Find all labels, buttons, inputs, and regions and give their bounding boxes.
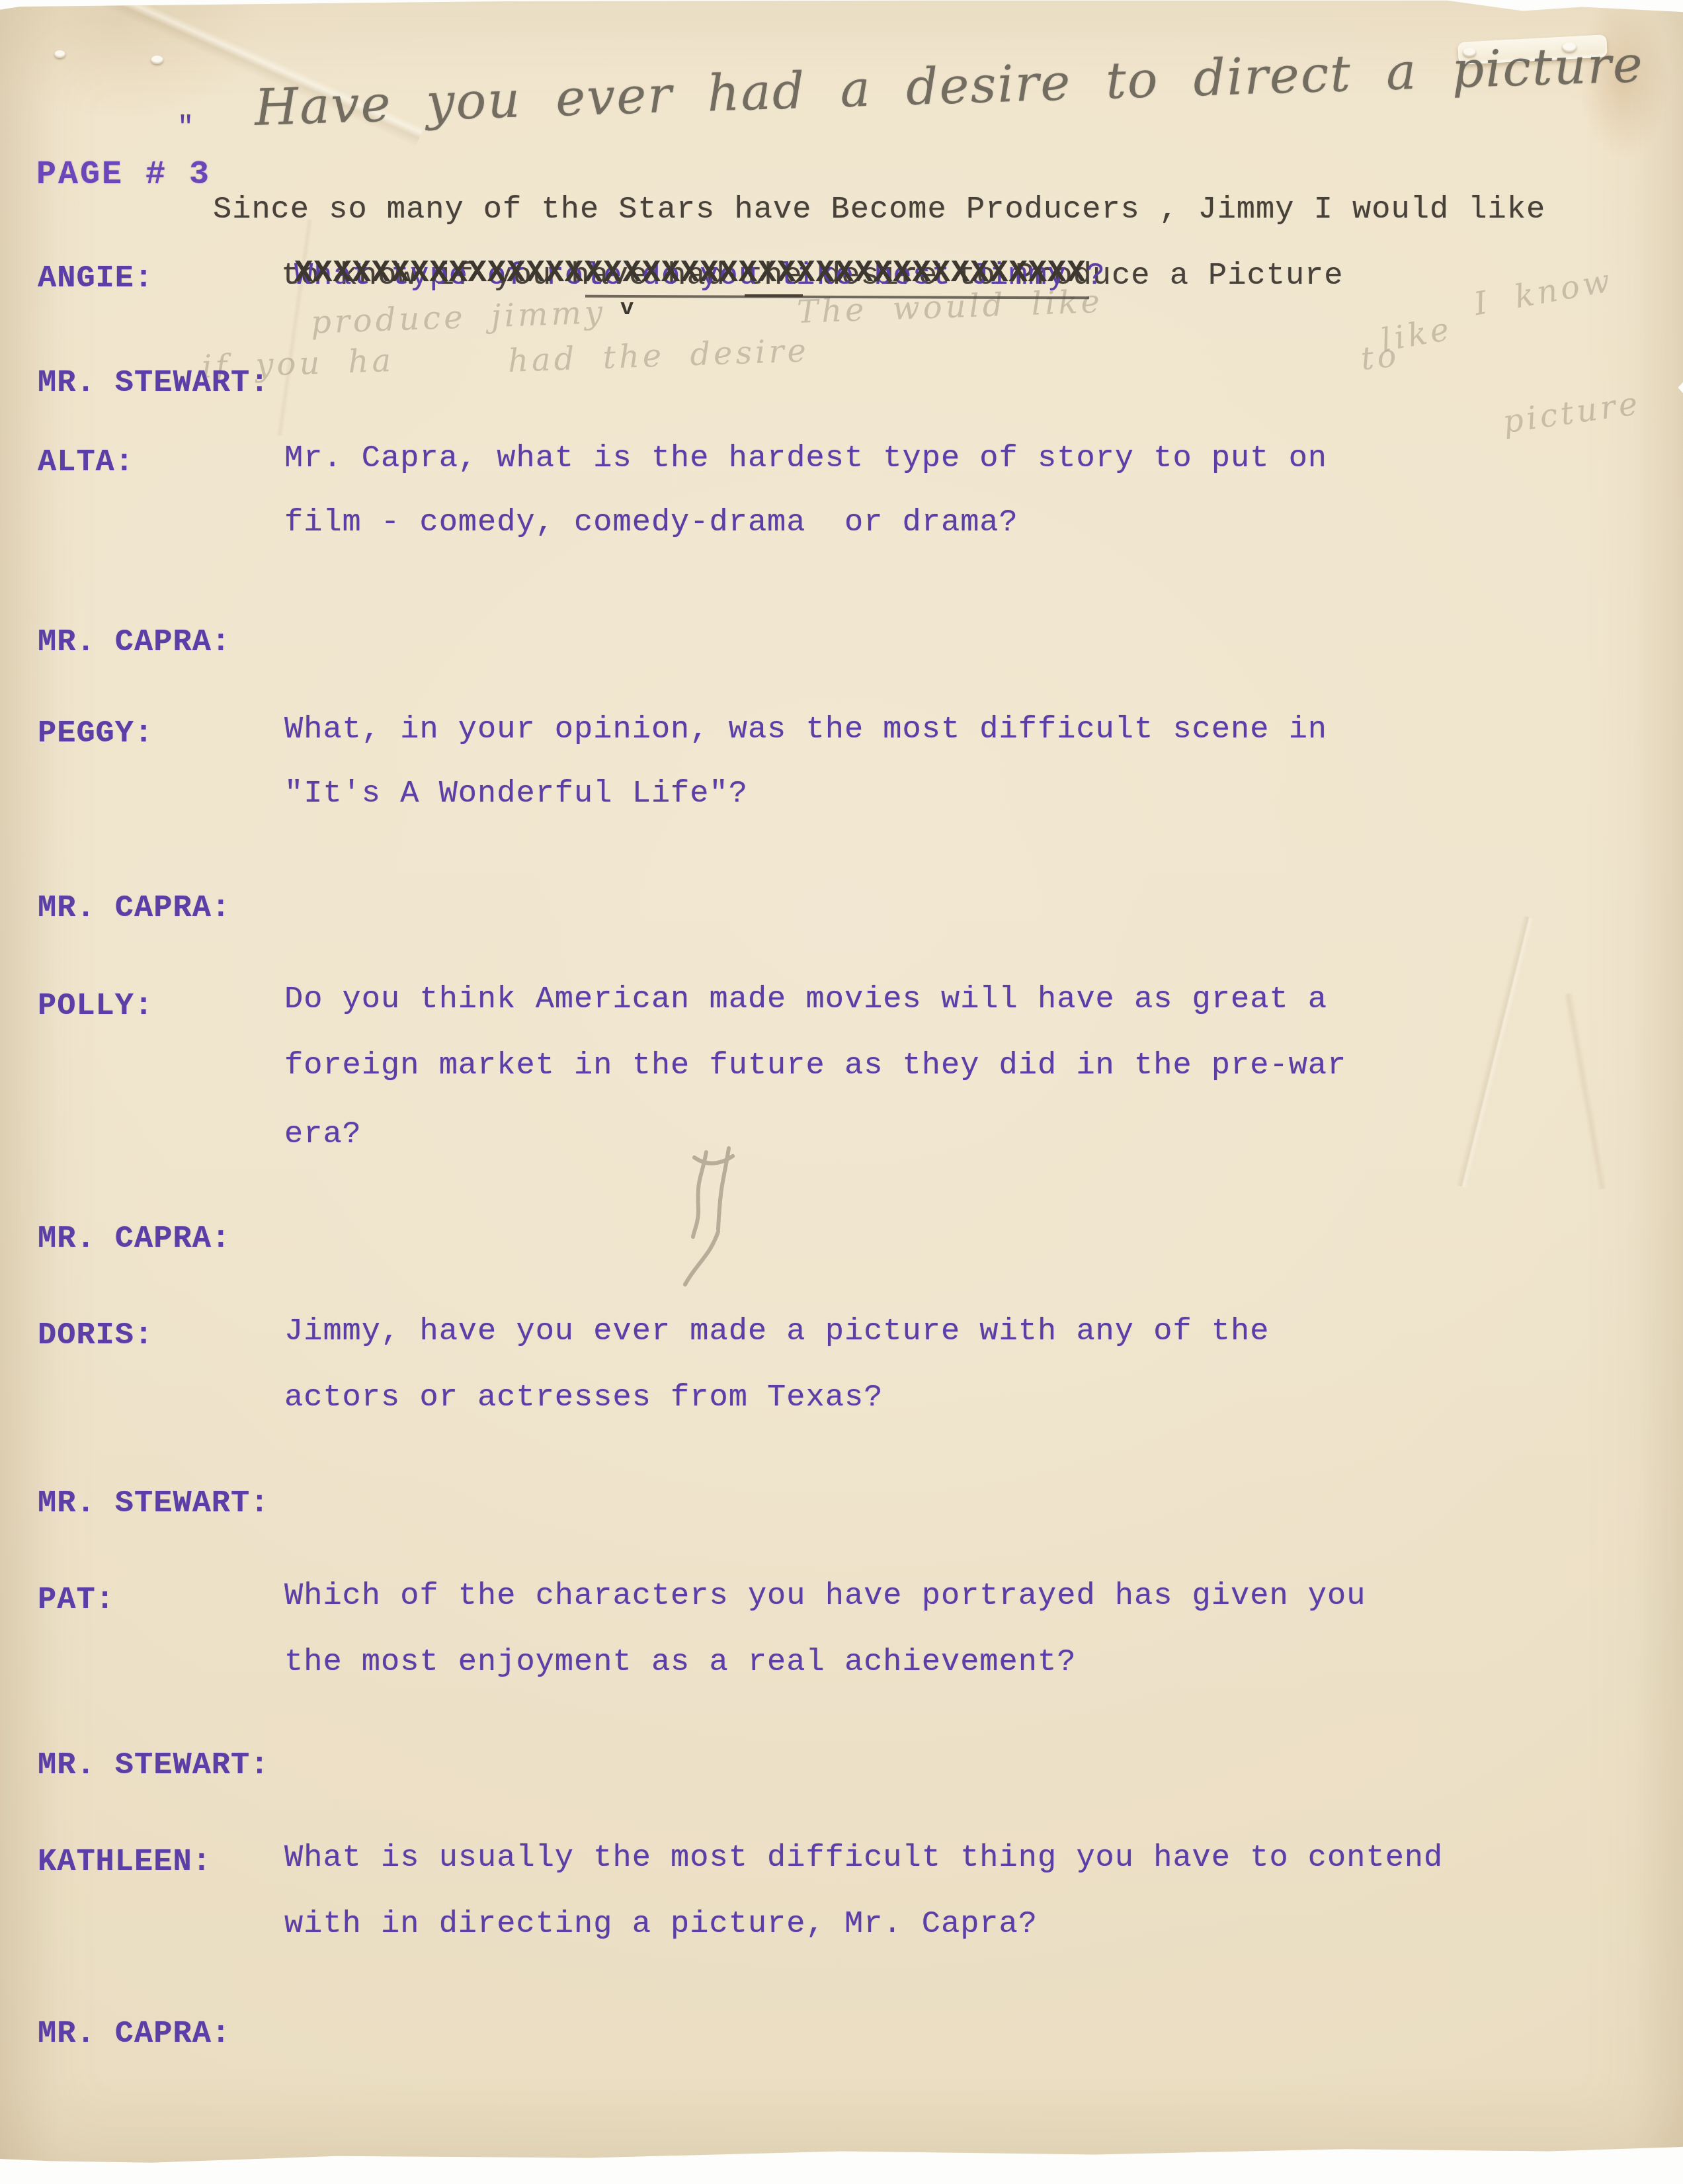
typed-intro-line-1: Since so many of the Stars have Become P…: [213, 194, 1545, 226]
document-page: Have you ever had a desire to direct a p…: [0, 0, 1683, 2184]
speaker-label-peggy: PEGGY:: [38, 718, 153, 749]
question-line: Jimmy, have you ever made a picture with…: [284, 1316, 1269, 1347]
pencil-fragment: I know: [1471, 262, 1616, 323]
speaker-label-capra: MR. CAPRA:: [38, 627, 231, 658]
speaker-label-stewart: MR. STEWART:: [38, 1488, 269, 1519]
question-line: Which of the characters you have portray…: [284, 1581, 1366, 1612]
pencil-fragment: picture: [1500, 385, 1643, 441]
pencil-scribble: [655, 1144, 800, 1296]
question-line: Mr. Capra, what is the hardest type of s…: [284, 443, 1327, 474]
question-line: the most enjoyment as a real achievement…: [284, 1647, 1076, 1678]
speaker-label-pat: PAT:: [38, 1585, 115, 1616]
speaker-label-polly: POLLY:: [38, 991, 153, 1022]
question-line: actors or actresses from Texas?: [284, 1382, 883, 1413]
question-line: film - comedy, comedy-drama or drama?: [284, 507, 1018, 538]
speaker-label-capra: MR. CAPRA:: [38, 1224, 231, 1255]
handwritten-note-top: Have you ever had a desire to direct a p…: [254, 34, 1645, 137]
page-number-label: PAGE # 3: [36, 159, 211, 192]
question-line: Do you think American made movies will h…: [284, 984, 1327, 1015]
scanned-document: Have you ever had a desire to direct a p…: [0, 0, 1683, 2184]
question-line: foreign market in the future as they did…: [284, 1050, 1346, 1081]
question-line: What is usually the most difficult thing…: [284, 1843, 1443, 1874]
speaker-label-stewart: MR. STEWART:: [38, 1750, 269, 1781]
question-line: era?: [284, 1119, 362, 1150]
speaker-label-capra: MR. CAPRA:: [38, 2019, 231, 2050]
speaker-label-capra: MR. CAPRA:: [38, 893, 231, 924]
paper-crease: [1448, 913, 1541, 1189]
question-line: "It's A Wonderful Life"?: [284, 778, 748, 810]
staple-hole: [54, 50, 65, 58]
speaker-label-angie: ANGIE:: [38, 263, 153, 294]
paper-crease: [1557, 991, 1614, 1191]
staple-hole: [151, 56, 163, 64]
question-line: with in directing a picture, Mr. Capra?: [284, 1909, 1038, 1940]
caret-mark: v: [620, 296, 634, 321]
strikeout-overlay: XXXXXXXXXXXXXXXXXXXXXXXXXXXXXXXXXXXXXXXX…: [294, 258, 1086, 289]
question-line: What, in your opinion, was the most diff…: [284, 714, 1327, 745]
speaker-label-doris: DORIS:: [38, 1320, 153, 1351]
speaker-label-stewart: MR. STEWART:: [38, 368, 269, 399]
speaker-label-kathleen: KATHLEEN:: [38, 1847, 212, 1878]
pencil-fragment: to: [1359, 337, 1401, 378]
speaker-label-alta: ALTA:: [38, 447, 134, 478]
pencil-fragment: had the desire: [507, 332, 810, 380]
ditto-mark: ": [177, 114, 194, 142]
